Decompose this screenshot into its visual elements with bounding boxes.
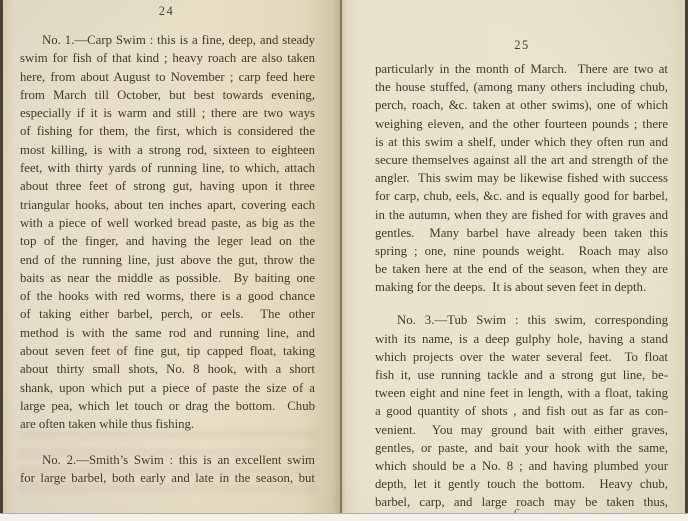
paragraph: particularly in the month of March. Ther… (375, 60, 668, 296)
text-line: shank, upon which put a piece of paste t… (20, 379, 315, 397)
text-line: are often taken while thus fishing. (20, 415, 315, 433)
text-line: which should be a No. 8 ; and having plu… (375, 457, 668, 475)
paragraph: No. 3.—Tub Swim : this swim, correspondi… (375, 311, 668, 511)
text-line: is at this swim a shelf, under which the… (375, 133, 668, 151)
text-line: feet, with thirty yards of running line,… (20, 159, 315, 177)
text-line: end of the running line, just above the … (20, 251, 315, 269)
text-line: be taken here at the end of the season, … (375, 260, 668, 278)
text-line: particularly in the month of March. Ther… (375, 60, 668, 78)
book-scan-spread: 24 25 No. 1.—Carp Swim : this is a fine,… (0, 0, 688, 513)
text-line: top of the finger, and having the leger … (20, 232, 315, 250)
text-line: perch, roach, &c. taken at other swims),… (375, 96, 668, 114)
text-line: in the autumn, when they are fished for … (375, 206, 668, 224)
text-line: a good quantity of shots , and fish out … (375, 402, 668, 420)
text-line: most killing, is with a strong rod, sixt… (20, 141, 315, 159)
text-line: which projects over the water several fe… (375, 348, 668, 366)
text-line: for large barbel, both early and late in… (20, 469, 315, 487)
text-line: venient. You may ground bait with either… (375, 421, 668, 439)
paragraph: No. 1.—Carp Swim : this is a fine, deep,… (20, 31, 315, 434)
text-line: about three feet of strong gut, having u… (20, 177, 315, 195)
text-line: secure themselves against all the art an… (375, 151, 668, 169)
page-number-right: 25 (376, 38, 668, 53)
text-line: fish it, use running tackle and a strong… (375, 366, 668, 384)
text-line: with a piece of well worked bread paste,… (20, 214, 315, 232)
text-line: spring ; one, nine pounds weight. Roach … (375, 242, 668, 260)
signature-mark: c (514, 503, 520, 513)
scanner-bottom-strip (0, 513, 688, 521)
text-line: the house stuffed, (among many others in… (375, 78, 668, 96)
text-line: from March till October, but best toward… (20, 86, 315, 104)
text-line: especially if it is warm and still ; the… (20, 104, 315, 122)
gutter-crease (340, 0, 342, 513)
page-24-text: No. 1.—Carp Swim : this is a fine, deep,… (20, 31, 315, 487)
text-line: No. 3.—Tub Swim : this swim, correspondi… (375, 311, 668, 329)
text-line: triangular hooks, about ten inches apart… (20, 196, 315, 214)
text-line: of fishing for them, the first, which is… (20, 122, 315, 140)
text-line: No. 2.—Smith’s Swim : this is an excelle… (20, 451, 315, 469)
text-line: about seven feet of fine gut, tip capped… (20, 342, 315, 360)
text-line: about thirty small shots, No. 8 hook, wi… (20, 360, 315, 378)
text-line: of taking either barbel, perch, or eels.… (20, 305, 315, 323)
text-line: depth, let it gently touch the bottom. H… (375, 475, 668, 493)
text-line: method is with the same rod and running … (20, 324, 315, 342)
text-line: here, from about August to November ; ca… (20, 68, 315, 86)
text-line: with its name, is a deep gulphy hole, ha… (375, 330, 668, 348)
text-line: large pea, which let touch or drag the b… (20, 397, 315, 415)
page-number-left: 24 (20, 4, 313, 19)
text-line: gentles, or paste, and bait your hook wi… (375, 439, 668, 457)
scan-left-edge (0, 0, 3, 513)
text-line: gentles. Many barbel have already been t… (375, 224, 668, 242)
text-line: weighing eleven, and the other fourteen … (375, 115, 668, 133)
text-line: angler. This swim may be likewise fished… (375, 169, 668, 187)
text-line: for carp, chub, eels, &c. and is equally… (375, 187, 668, 205)
text-line: swim for fish of that kind ; heavy roach… (20, 49, 315, 67)
text-line: tween eight and nine feet in length, wit… (375, 384, 668, 402)
text-line: of the hooks with red worms, there is a … (20, 287, 315, 305)
text-line: making for the deeps. It is about seven … (375, 278, 668, 296)
text-line: baits as near the middle as possible. By… (20, 269, 315, 287)
text-line: No. 1.—Carp Swim : this is a fine, deep,… (20, 31, 315, 49)
page-25-text: particularly in the month of March. Ther… (375, 60, 668, 512)
text-line: barbel, carp, and large roach may be tak… (375, 493, 668, 511)
paragraph: No. 2.—Smith’s Swim : this is an excelle… (20, 451, 315, 488)
